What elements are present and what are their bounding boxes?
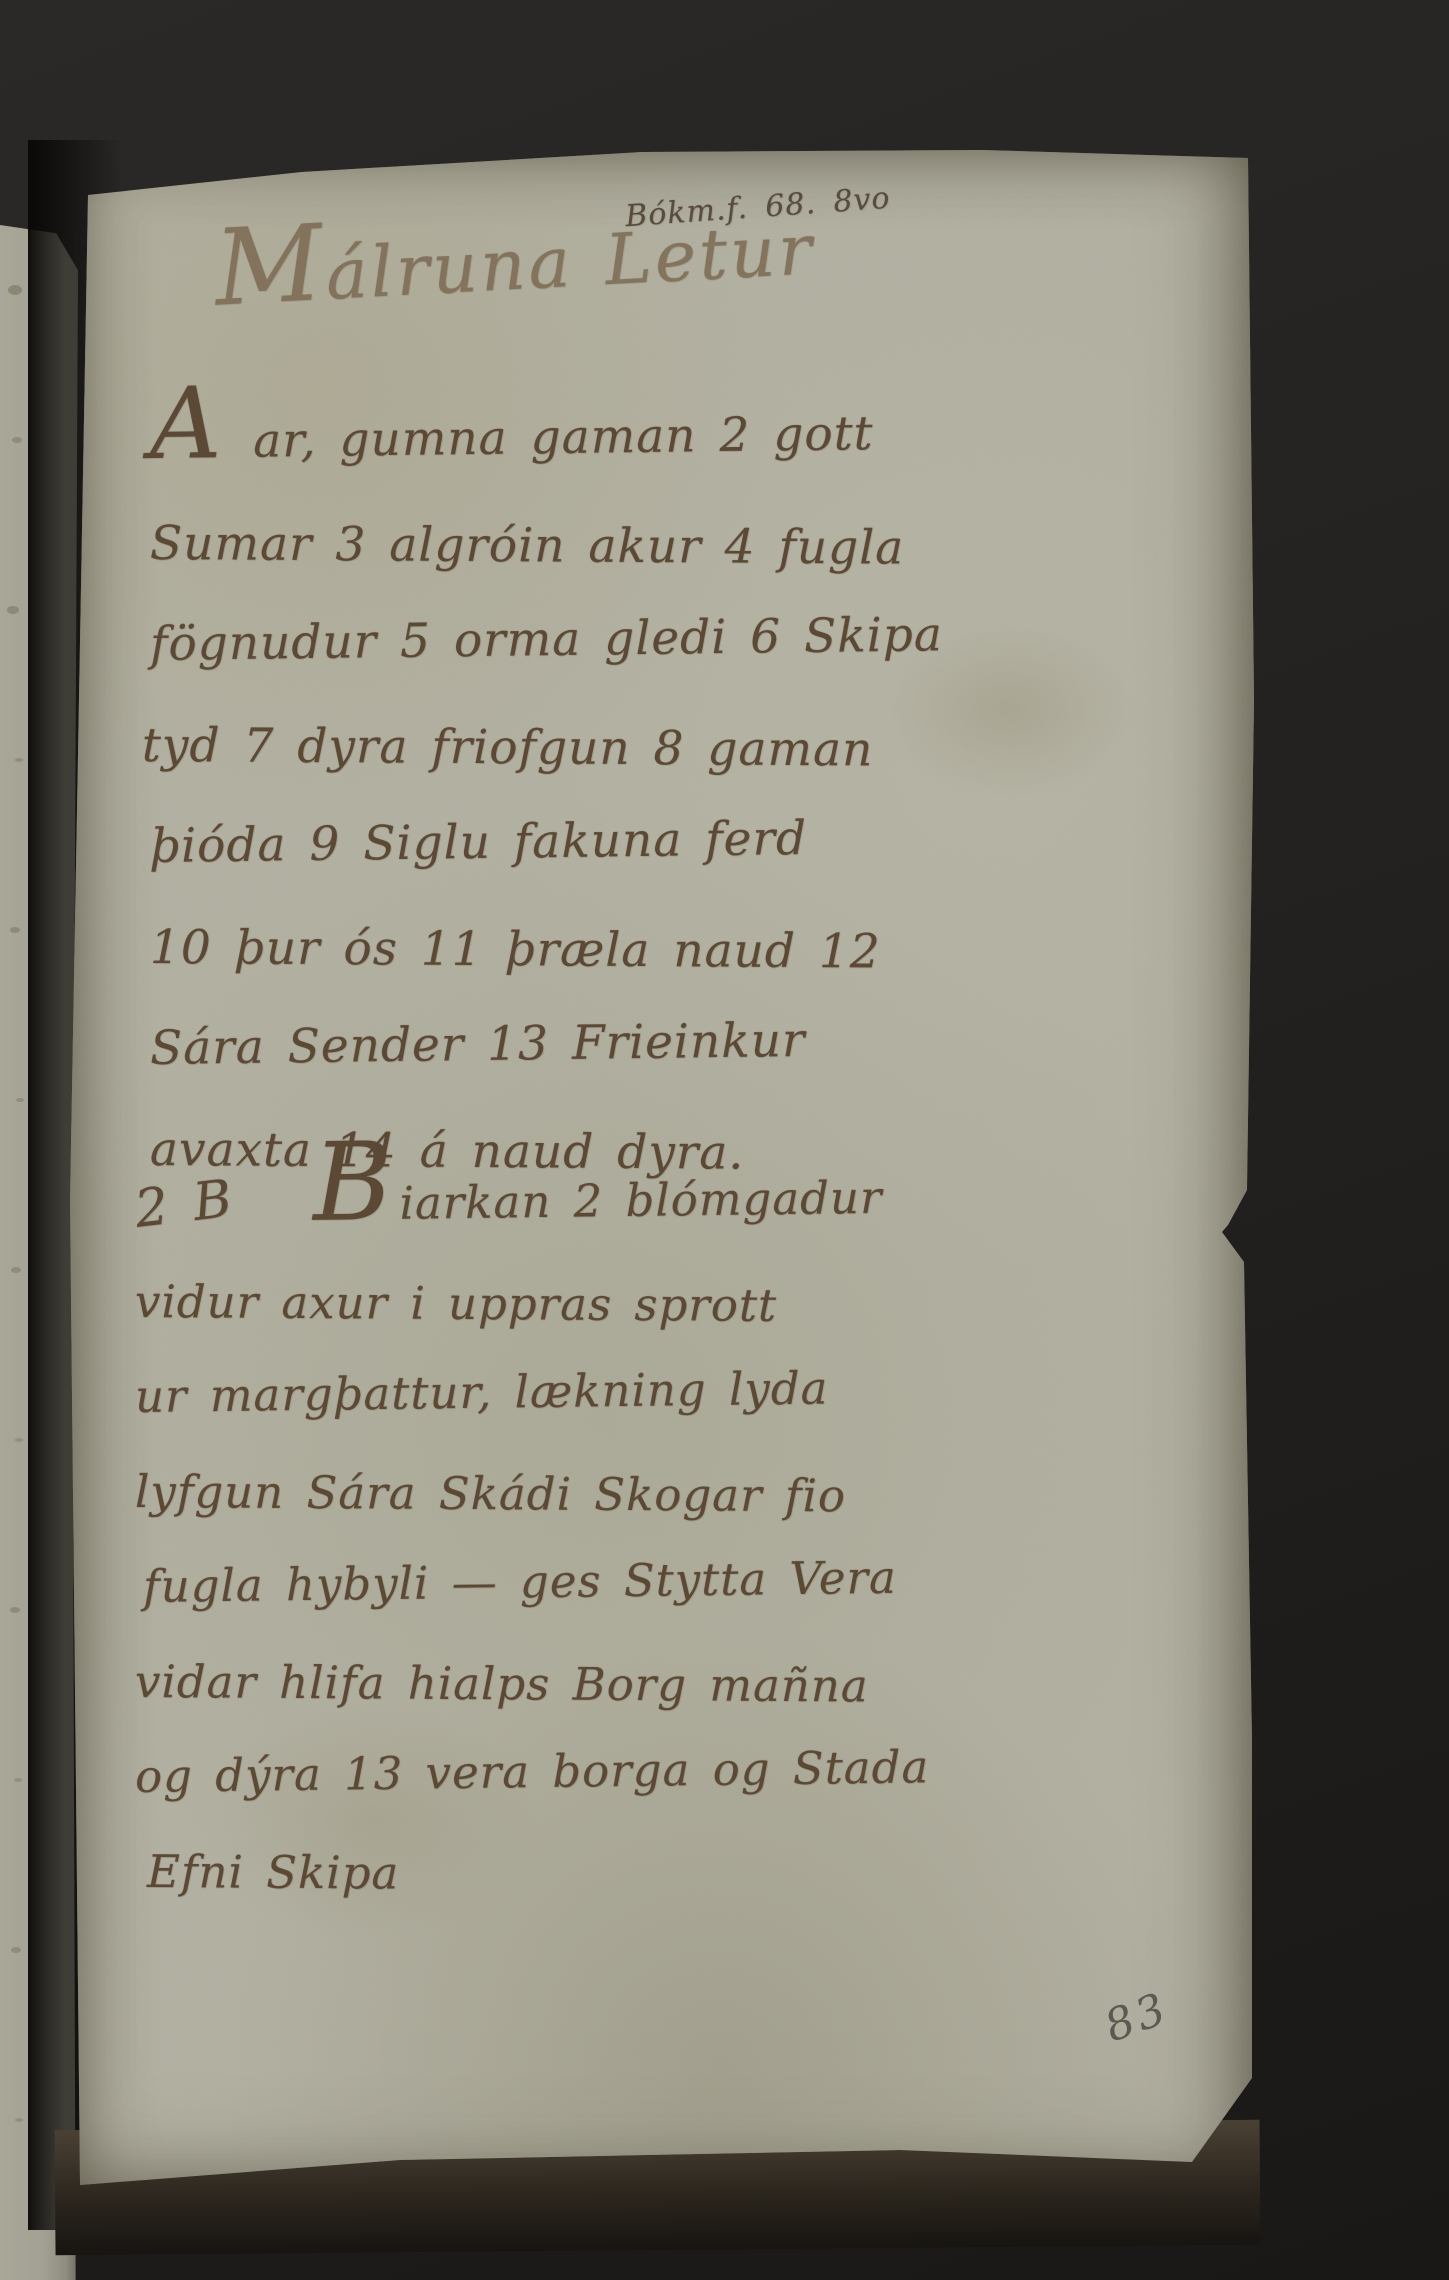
verse-line: þióda 9 Siglu fakuna ferd — [149, 784, 1150, 897]
verse-line: Efni Skipa — [147, 1824, 1146, 1925]
verse-line: ur margþattur, lækning lyda — [134, 1337, 1145, 1444]
verse-line: Sára Sender 13 Frieinkur — [149, 986, 1150, 1099]
verse-line: og dýra 13 vera borga og Stada — [134, 1717, 1145, 1824]
margin-text-fragments — [8, 285, 22, 295]
scan-edge-artifact — [92, 132, 1222, 159]
verse-line: fugla hybyli — ges Stytta Vera — [142, 1527, 1145, 1634]
rune-verse-ar: A ar, gumna gaman 2 gott Sumar 3 algróin… — [150, 392, 1150, 1200]
paper-edge-highlight — [92, 137, 1212, 162]
manuscript-scan: Bókm.f. 68. 8vo Málruna Letur A ar, gumn… — [0, 0, 1449, 2280]
verse-line: A ar, gumna gaman 2 gott — [149, 380, 1150, 493]
verse-line-text: Biarkan 2 blómgadur — [313, 1150, 883, 1252]
verse-line: 2 B Biarkan 2 blómgadur — [134, 1146, 1145, 1254]
rune-verse-bjarkan: 2 B Biarkan 2 blómgadur vidur axur i upp… — [135, 1158, 1145, 1919]
verse-line: fögnudur 5 orma gledi 6 Skipa — [149, 582, 1150, 695]
verse-marker: 2 B — [130, 1152, 238, 1258]
